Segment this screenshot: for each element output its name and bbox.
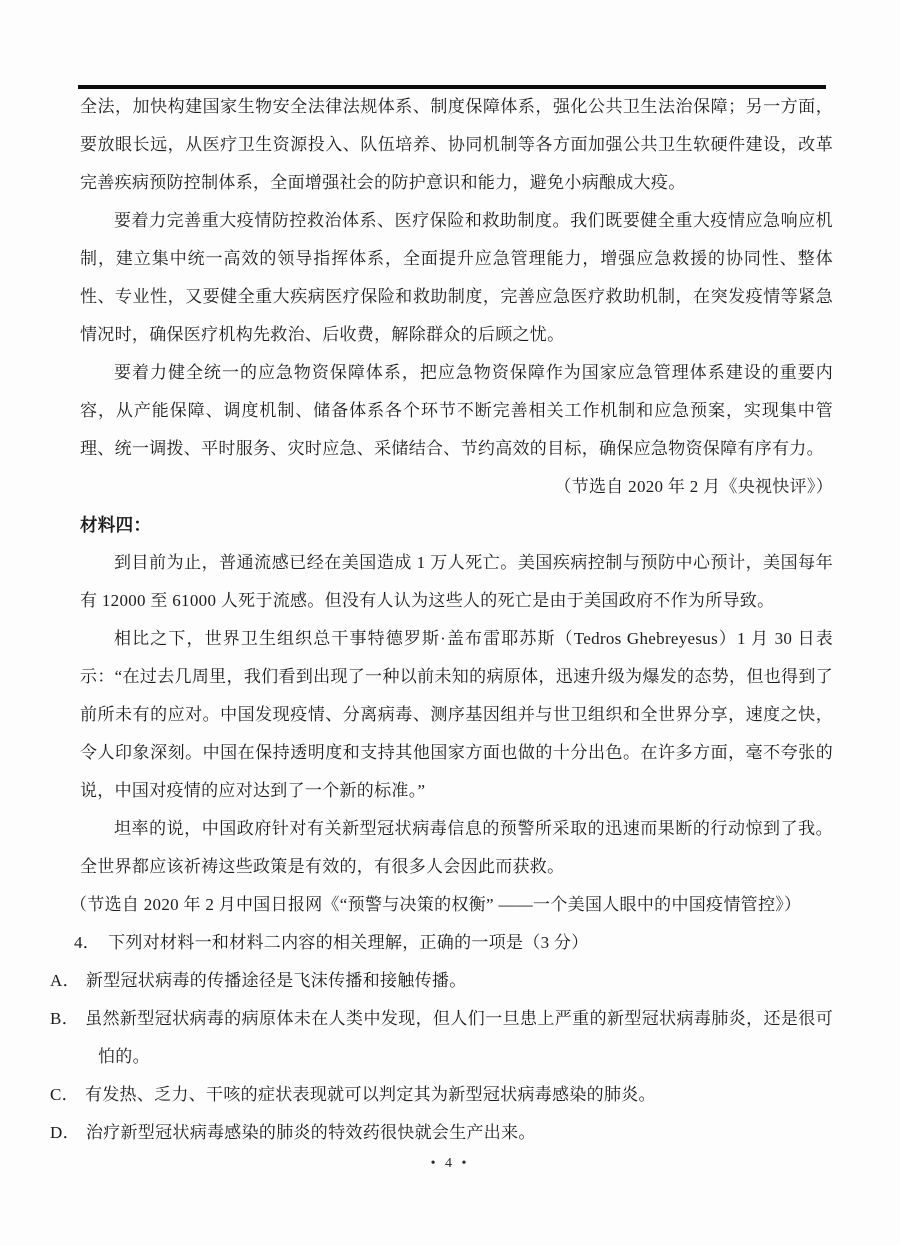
material-four-paragraph: 到目前为止，普通流感已经在美国造成 1 万人死亡。美国疾病控制与预防中心预计，美…	[80, 544, 833, 620]
option-c-text: 有发热、乏力、干咳的症状表现就可以判定其为新型冠状病毒感染的肺炎。	[85, 1085, 656, 1104]
option-c-label: C．	[50, 1085, 85, 1104]
question-number: 4．	[74, 933, 108, 952]
source-citation-cctv: （节选自 2020 年 2 月《央视快评》）	[80, 468, 833, 506]
material-four-heading: 材料四：	[80, 506, 833, 544]
option-d-text: 治疗新型冠状病毒感染的肺炎的特效药很快就会生产出来。	[86, 1123, 536, 1142]
material-four-paragraph: 相比之下，世界卫生组织总干事特德罗斯·盖布雷耶苏斯（Tedros Ghebrey…	[80, 620, 833, 810]
question-option-b: B．虽然新型冠状病毒的病原体未在人类中发现，但人们一旦患上严重的新型冠状病毒肺炎…	[98, 1000, 833, 1076]
question-option-d: D．治疗新型冠状病毒感染的肺炎的特效药很快就会生产出来。	[98, 1114, 833, 1152]
exam-paper-page: 全法，加快构建国家生物安全法律法规体系、制度保障体系，强化公共卫生法治保障；另一…	[0, 0, 900, 1246]
question-4: 4．下列对材料一和材料二内容的相关理解，正确的一项是（3 分） A．新型冠状病毒…	[80, 924, 833, 1152]
option-a-label: A．	[50, 971, 86, 990]
question-option-c: C．有发热、乏力、干咳的症状表现就可以判定其为新型冠状病毒感染的肺炎。	[98, 1076, 833, 1114]
question-option-a: A．新型冠状病毒的传播途径是飞沫传播和接触传播。	[98, 962, 833, 1000]
source-citation-chinadaily: （节选自 2020 年 2 月中国日报网《“预警与决策的权衡” ——一个美国人眼…	[70, 886, 833, 924]
body-paragraph-continuation: 全法，加快构建国家生物安全法律法规体系、制度保障体系，强化公共卫生法治保障；另一…	[80, 88, 833, 202]
body-paragraph: 要着力健全统一的应急物资保障体系，把应急物资保障作为国家应急管理体系建设的重要内…	[80, 354, 833, 468]
page-number: • 4 •	[0, 1156, 900, 1172]
option-b-text: 虽然新型冠状病毒的病原体未在人类中发现，但人们一旦患上严重的新型冠状病毒肺炎，还…	[85, 1009, 833, 1066]
document-body: 全法，加快构建国家生物安全法律法规体系、制度保障体系，强化公共卫生法治保障；另一…	[80, 88, 833, 1152]
question-stem-line: 4．下列对材料一和材料二内容的相关理解，正确的一项是（3 分）	[74, 924, 833, 962]
option-b-label: B．	[50, 1009, 85, 1028]
material-four-paragraph: 坦率的说，中国政府针对有关新型冠状病毒信息的预警所采取的迅速而果断的行动惊到了我…	[80, 810, 833, 886]
body-paragraph: 要着力完善重大疫情防控救治体系、医疗保险和救助制度。我们既要健全重大疫情应急响应…	[80, 202, 833, 354]
option-d-label: D．	[50, 1123, 86, 1142]
option-a-text: 新型冠状病毒的传播途径是飞沫传播和接触传播。	[86, 971, 467, 990]
question-stem: 下列对材料一和材料二内容的相关理解，正确的一项是（3 分）	[108, 933, 588, 952]
